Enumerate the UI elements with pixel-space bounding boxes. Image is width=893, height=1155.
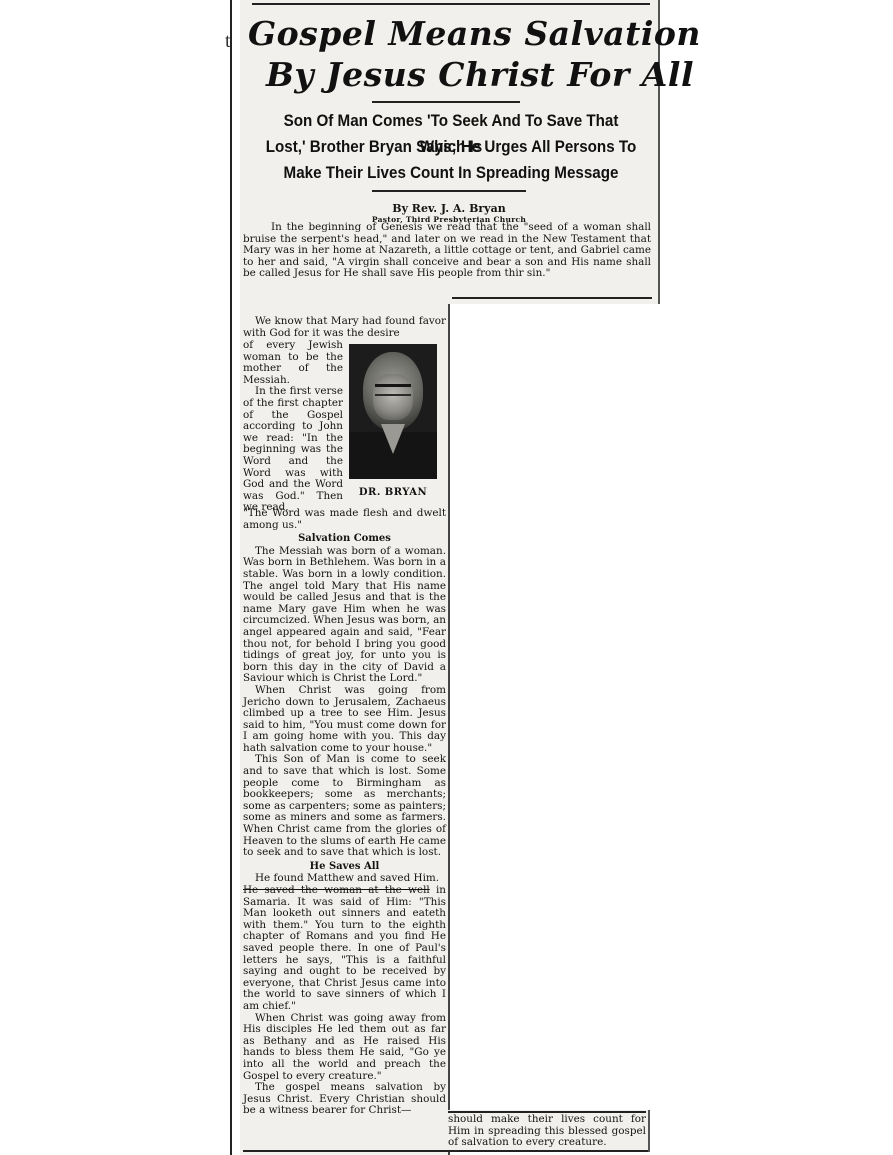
para-messiah: The Messiah was born of a woman. Was bor… bbox=[243, 546, 446, 685]
para-john-wrap: In the first verse of the first chapter … bbox=[243, 386, 343, 514]
wrap-around-photo: of every Jewish woman to be the mother o… bbox=[243, 340, 343, 514]
para-matthew-2: He saved the woman at the well in Samari… bbox=[243, 885, 446, 1013]
portrait-face bbox=[373, 374, 413, 420]
intro-text: In the beginning of Genesis we read that… bbox=[243, 222, 651, 280]
subhead-he-saves-all: He Saves All bbox=[243, 861, 446, 873]
portrait-photo bbox=[349, 344, 437, 479]
intro-paragraph: In the beginning of Genesis we read that… bbox=[243, 222, 651, 280]
deck-line-2: Lost,' Brother Bryan Says; He Urges All … bbox=[261, 134, 642, 160]
para-mary-text: We know that Mary had found favor with G… bbox=[243, 316, 446, 339]
page-left-edge bbox=[230, 0, 232, 1155]
intro-rule bbox=[452, 297, 652, 299]
para-mary-full: We know that Mary had found favor with G… bbox=[243, 316, 446, 339]
para-bethany: When Christ was going away from His disc… bbox=[243, 1013, 446, 1083]
continuation-text-block: should make their lives count for Him in… bbox=[448, 1114, 646, 1149]
headline-divider bbox=[372, 101, 520, 103]
para-zachaeus: When Christ was going from Jericho down … bbox=[243, 685, 446, 755]
margin-fragment: t bbox=[225, 30, 231, 53]
headline-line-1: Gospel Means Salvation bbox=[248, 14, 658, 53]
para-mary-wrap: of every Jewish woman to be the mother o… bbox=[243, 340, 343, 386]
para-son-of-man: This Son of Man is come to seek and to s… bbox=[243, 754, 446, 858]
struck-text: He saved the woman at the well bbox=[243, 884, 430, 896]
photo-caption: DR. BRYAN bbox=[349, 487, 437, 498]
para-gospel: The gospel means salvation by Jesus Chri… bbox=[243, 1082, 446, 1117]
deck-line-3: Make Their Lives Count In Spreading Mess… bbox=[261, 160, 642, 186]
bottom-rule bbox=[243, 1150, 648, 1152]
top-rule bbox=[252, 3, 650, 5]
deck-divider bbox=[372, 190, 526, 192]
headline-line-2: By Jesus Christ For All bbox=[266, 55, 676, 94]
para-continuation: should make their lives count for Him in… bbox=[448, 1114, 646, 1149]
byline: By Rev. J. A. Bryan bbox=[240, 202, 658, 215]
subhead-salvation-comes: Salvation Comes bbox=[243, 533, 446, 545]
para-matthew-rest: in Samaria. It was said of Him: "This Ma… bbox=[243, 884, 446, 1012]
main-column-body: "The Word was made flesh and dwelt among… bbox=[243, 508, 446, 1117]
portrait-glasses bbox=[375, 384, 411, 396]
para-john-cont: "The Word was made flesh and dwelt among… bbox=[243, 508, 446, 531]
